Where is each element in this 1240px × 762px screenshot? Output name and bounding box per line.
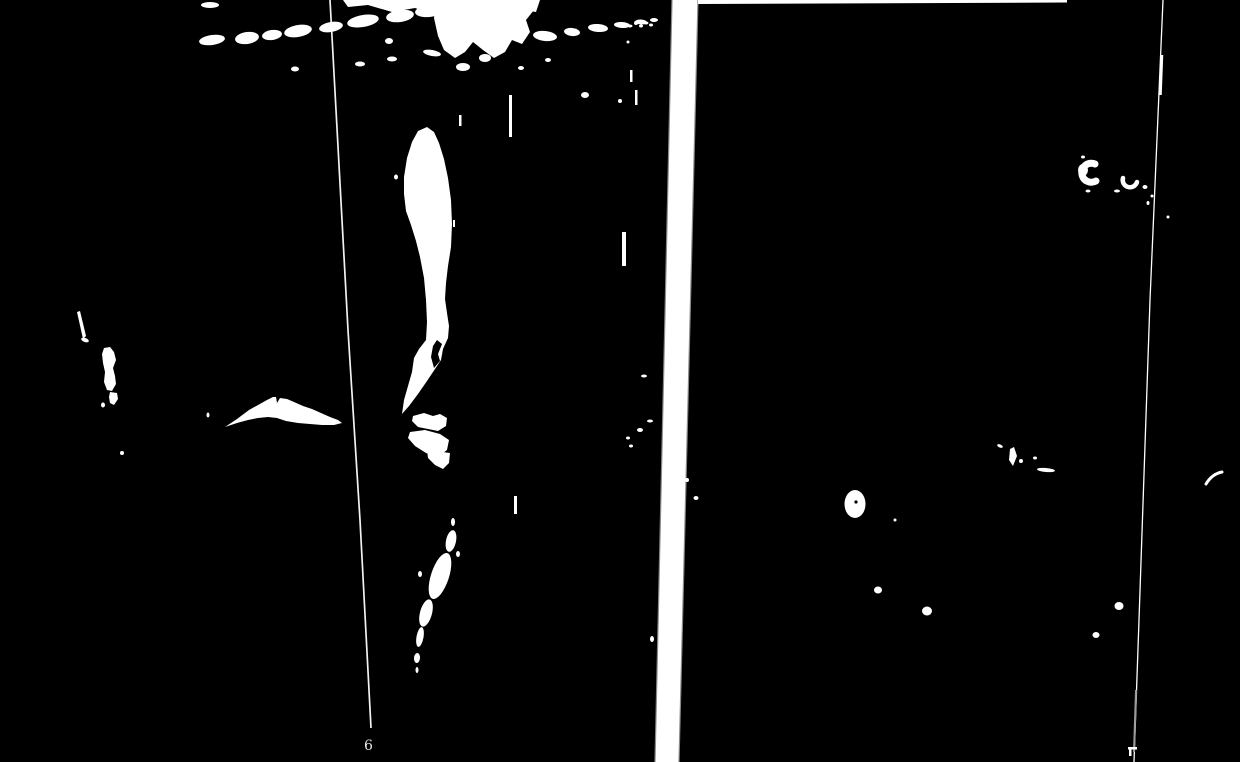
dot: [874, 587, 882, 594]
speck: [1147, 201, 1150, 205]
streak-speck: [418, 571, 422, 577]
left-edge-speck: [120, 451, 124, 455]
speck: [1114, 190, 1120, 193]
edge-speck: [626, 437, 630, 440]
streak-blob: [416, 667, 419, 673]
dot-row-speck: [628, 25, 633, 28]
photo-background: [0, 0, 1240, 762]
dot-row-speck: [639, 25, 643, 28]
speck: [1081, 156, 1085, 159]
left-edge-speck: [101, 403, 105, 408]
crest-speck: [207, 413, 210, 418]
dot-row-speck: [644, 22, 649, 25]
scatter-speck: [355, 62, 365, 67]
dot-row-speck: [649, 24, 653, 27]
leader-bright-dash: [1161, 55, 1163, 95]
speck: [894, 519, 897, 522]
dot: [1115, 602, 1124, 610]
scatter-speck: [387, 57, 397, 62]
edge-speck: [629, 445, 633, 448]
vertical-dash: [514, 496, 517, 514]
scatter-speck: [456, 63, 470, 71]
vertical-dash: [509, 95, 512, 137]
vertical-dash: [622, 232, 626, 266]
edge-speck: [647, 420, 653, 423]
scatter-speck: [498, 43, 506, 49]
cluster-speck: [1033, 457, 1037, 460]
cluster-dot: [1019, 459, 1023, 463]
speck: [679, 417, 683, 423]
speck: [1086, 190, 1091, 193]
speck: [1167, 216, 1170, 219]
edge-speck: [637, 428, 643, 432]
figure-svg: 6: [0, 0, 1240, 762]
binarized-photo-figure: 6: [0, 0, 1240, 762]
line-end-mark: [1129, 747, 1132, 756]
crescent-core: [1078, 164, 1088, 176]
speck: [685, 478, 689, 482]
scatter-speck: [479, 54, 491, 62]
scatter-speck: [545, 58, 551, 62]
scatter-speck: [618, 99, 622, 103]
dot: [1093, 632, 1100, 638]
streak-speck: [451, 518, 455, 526]
dot-row-speck: [634, 21, 638, 25]
dot: [922, 607, 932, 616]
band-blob: [201, 2, 219, 8]
edge-speck: [650, 636, 654, 642]
scatter-speck: [518, 66, 524, 70]
dot-row-speck: [627, 41, 630, 44]
fleck-dash: [459, 115, 462, 126]
scatter-speck: [385, 38, 393, 44]
fleck-dash: [453, 220, 455, 227]
fleck-dot: [394, 175, 398, 180]
left-line-end-label: 6: [364, 738, 373, 754]
vertical-dash: [635, 90, 638, 105]
scatter-speck: [291, 67, 299, 72]
round-blob: [845, 490, 866, 518]
edge-speck: [641, 375, 647, 378]
speck: [1151, 195, 1154, 198]
band-blob: [650, 18, 658, 22]
speck: [694, 496, 699, 500]
round-blob-pore: [854, 500, 857, 503]
scatter-speck: [581, 92, 589, 98]
speck: [1143, 185, 1148, 189]
dot-row-speck: [622, 23, 626, 26]
streak-speck: [456, 551, 460, 557]
vertical-dash: [630, 70, 633, 82]
